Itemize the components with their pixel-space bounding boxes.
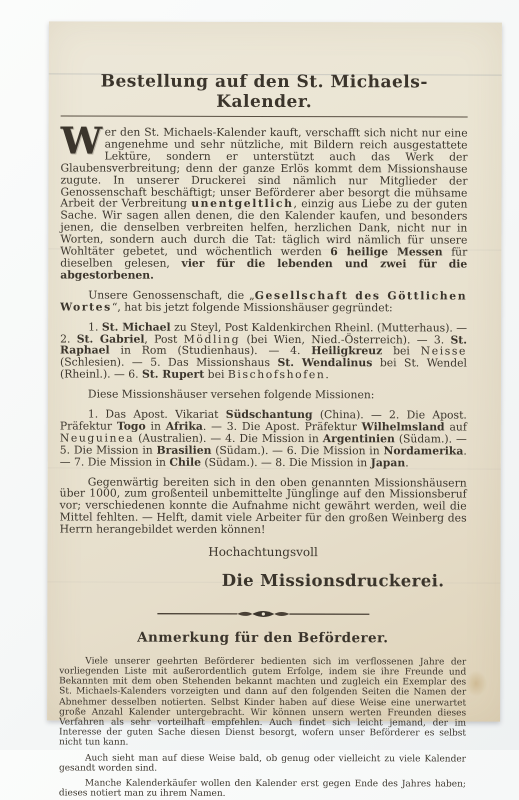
- missions-list: 1. Das Apost. Vikariat Südschantung (Chi…: [60, 408, 467, 469]
- mission-houses-text: 1. St. Michael zu Steyl, Post Kaldenkirc…: [60, 320, 467, 381]
- drop-cap: W: [61, 126, 105, 155]
- note-paragraph-1: Viele unserer geehrten Beförderer bedien…: [59, 656, 466, 749]
- page-title: Bestellung auf den St. Michaels-Kalender…: [61, 71, 468, 112]
- note-heading: Anmerkung für den Beförderer.: [59, 629, 466, 646]
- page-content: Bestellung auf den St. Michaels-Kalender…: [47, 21, 502, 721]
- society-text: Unsere Genossenschaft, die „Gesellschaft…: [60, 288, 467, 314]
- closing-salutation: Hochachtungsvoll: [60, 545, 467, 560]
- society-paragraph: Unsere Genossenschaft, die „Gesellschaft…: [60, 289, 467, 314]
- intro-text: er den St. Michaels-Kalender kauft, vers…: [60, 126, 467, 282]
- intro-paragraph: Wer den St. Michaels-Kalender kauft, ver…: [60, 126, 467, 282]
- signature: Die Missionsdruckerei.: [59, 571, 466, 591]
- ornamental-divider: [155, 606, 371, 621]
- scanned-page: Bestellung auf den St. Michaels-Kalender…: [47, 21, 502, 721]
- missions-text: 1. Das Apost. Vikariat Südschantung (Chi…: [60, 408, 467, 469]
- missions-lead: Diese Missionshäuser versehen folgende M…: [60, 389, 467, 402]
- title-rule: [61, 115, 468, 117]
- mission-houses-list: 1. St. Michael zu Steyl, Post Kaldenkirc…: [60, 321, 467, 382]
- appeal-paragraph: Gegenwärtig bereiten sich in den oben ge…: [60, 476, 467, 537]
